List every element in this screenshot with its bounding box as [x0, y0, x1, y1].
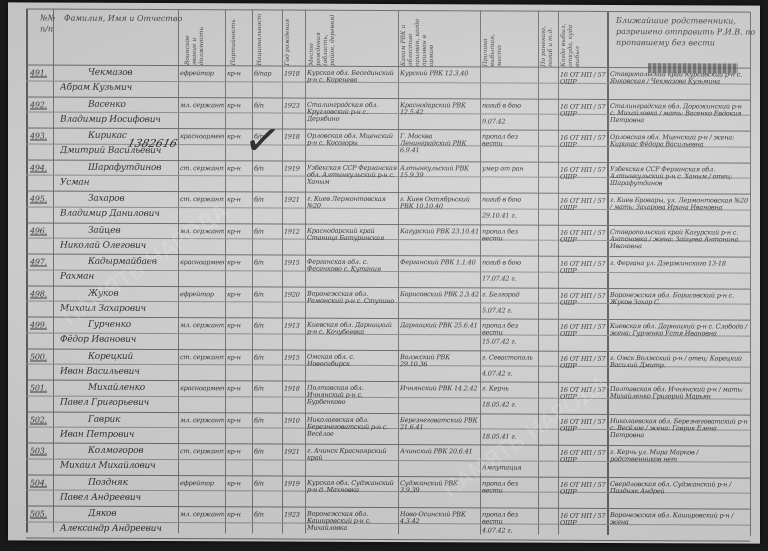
nationality: б/п — [254, 354, 281, 361]
birth-year: 1923 — [284, 512, 304, 519]
relatives: г. Фергана ул. Дзержинского 13-18 — [610, 260, 748, 290]
death-place: г. Керчь — [482, 385, 537, 413]
rank: ефрейтор — [180, 70, 224, 77]
surname: Гурченко — [88, 320, 176, 330]
column-divider — [26, 8, 28, 532]
birthplace: г. Ачинск Красноярский край — [307, 448, 397, 476]
surname: Дяков — [88, 509, 176, 519]
death-place: погиб в бою — [482, 196, 537, 224]
party: кр-н — [227, 259, 251, 266]
given-names: Иван Петрович — [60, 429, 176, 440]
column-divider — [538, 11, 539, 535]
relatives: Сталинградская обл. Дорожинский р-н с. М… — [610, 102, 748, 132]
birth-year: 1923 — [284, 102, 304, 109]
given-names: Павел Григорьевич — [60, 398, 176, 409]
header-nationality: Национальность — [256, 13, 280, 65]
rank: мл. сержант — [180, 322, 224, 329]
header-death-cause: По ранению, погиб и т.д. — [540, 15, 558, 67]
header-draft: Каким РВК и областью призван, когда приз… — [400, 14, 480, 66]
given-names: Владимир Иосифович — [60, 114, 176, 125]
fate: 16 ОТ НП / 57 ОШР — [560, 355, 606, 383]
birthplace: Киевская обл. Дарницкий р-н с. Кочубеевк… — [307, 322, 397, 350]
row-number: 505. — [30, 509, 52, 519]
relatives: Полтавская обл. Ичнянский р-н / мать: Ми… — [610, 386, 748, 416]
death-date: 5.07.42 г. — [482, 307, 537, 314]
draft-office: Дарницкий РВК 25.6.41 — [400, 322, 479, 350]
fate: 16 ОТ НП / 57 ОШР — [560, 198, 606, 226]
party: кр-н — [227, 70, 251, 77]
header-relatives: Ближайшие родственники, разрешено отправ… — [610, 15, 756, 68]
row-number: 504. — [30, 478, 52, 488]
death-place: пропал без вести — [482, 133, 537, 161]
nationality: б/п — [254, 196, 281, 203]
birth-year: 1910 — [284, 417, 304, 424]
row-number: 501. — [30, 383, 52, 393]
row-number: 499. — [30, 320, 52, 330]
fate: 16 ОТ НП / 57 ОШР — [560, 324, 606, 352]
nationality: б/п — [254, 228, 281, 235]
draft-office: Борисовский РВК 2.3.42 — [400, 291, 479, 319]
header-rank: Воинское звание и должность — [184, 13, 224, 65]
death-date: Ампутация — [482, 464, 537, 471]
column-divider — [750, 12, 751, 536]
death-date: 18.05.42 г. — [482, 401, 537, 408]
header-party: Партийность — [230, 13, 254, 65]
surname: Чекмазов — [88, 68, 176, 78]
given-names: Абрам Кузьмич — [60, 83, 176, 94]
draft-office: г. Киев Октябрьский РВК 10.10.40 — [400, 196, 479, 224]
death-place — [482, 417, 537, 445]
death-place: г. Белгород — [482, 291, 537, 319]
row-number: 502. — [30, 415, 52, 425]
given-names: Владимир Данилович — [60, 209, 176, 220]
fate: 16 ОТ НП / 57 ОШР — [560, 450, 606, 478]
birth-year: 1915 — [284, 354, 304, 361]
stamp-number: 1382616 — [126, 137, 178, 150]
row-number: 498. — [30, 289, 52, 299]
given-names: Усман — [60, 177, 176, 188]
rank: ефрейтор — [180, 480, 224, 487]
fate: 16 ОТ НП / 57 ОШР — [560, 418, 606, 446]
surname: Поздняк — [88, 477, 176, 487]
relatives: г. Керчь ул. Мира Марков / родственников… — [610, 449, 748, 479]
rank: красноармеец — [180, 259, 224, 266]
draft-office: Березнеговатский РВК 21.6.41 — [400, 417, 479, 445]
rank: ст. сержант — [180, 354, 224, 361]
death-place: г. Севастополь — [482, 354, 537, 382]
surname: Кадырмайбаев — [88, 257, 176, 267]
column-divider — [305, 10, 306, 534]
death-place: погиб в бою — [482, 259, 537, 287]
row-number: 503. — [30, 446, 52, 456]
death-date: 15.07.42 г. — [482, 338, 537, 345]
death-place: умер от ран — [482, 165, 537, 193]
draft-office: Ново-Осинский РВК 4.3.42 — [400, 511, 479, 539]
rank: мл. сержант — [180, 417, 224, 424]
nationality: б/п — [254, 102, 281, 109]
document-page: №№ п/п Фамилия, Имя и Отчество Воинское … — [8, 2, 760, 543]
relatives: г. Киев Бровары, ул. Лермонтовская №20 /… — [610, 197, 748, 227]
birth-year: 1913 — [284, 323, 304, 330]
relatives: Николаевская обл. Березнеговатский р-н с… — [610, 417, 748, 447]
death-date: 4.07.42 г. — [482, 527, 537, 534]
fate: 16 ОТ НП / 57 ОШР — [560, 135, 606, 163]
nationality: б/п — [254, 480, 281, 487]
nationality: б/п — [254, 511, 281, 518]
relatives: Ставропольский край Кагурский р-н с. Ант… — [610, 228, 748, 258]
birthplace: Сталинградская обл. Кругловский р-н с. Д… — [307, 101, 397, 129]
death-date: 18.05.41 г. — [482, 433, 537, 440]
birth-year: 1912 — [284, 228, 304, 235]
row-number: 492. — [30, 100, 52, 110]
fate: 16 ОТ НП / 57 ОШР — [560, 261, 606, 289]
fate: 16 ОТ НП / 57 ОШР — [560, 229, 606, 257]
birthplace: Краснодарский край Станица Батуринская — [307, 227, 397, 255]
party: кр-н — [227, 165, 251, 172]
rank: ст. сержант — [180, 448, 224, 455]
fate: 16 ОТ НП / 57 ОШР — [560, 513, 606, 541]
given-names: Михаил Захарович — [60, 303, 176, 314]
rank: ст. сержант, ком. взв. — [180, 196, 224, 203]
draft-office: Волжский РВК 29.10.36 — [400, 354, 479, 382]
draft-office: Г. Москва Ленинградский РВК 6.9.41 — [400, 133, 479, 161]
nationality: б/п — [254, 385, 281, 392]
rank: красноармеец — [180, 385, 224, 392]
birth-year: 1918 — [284, 386, 304, 393]
death-date: 4.07.42 г. — [482, 370, 537, 377]
death-place — [482, 70, 537, 98]
draft-office: Ачинский РВК 20.6.41 — [400, 448, 479, 476]
header-birthplace: Место рождения (область, район, деревня) — [308, 14, 398, 66]
column-divider — [178, 9, 179, 533]
birthplace: г. Киев Лермонтовская №20 — [307, 196, 397, 224]
party: кр-н — [227, 354, 251, 361]
birth-year: 1918 — [284, 134, 304, 141]
death-place: погиб в бою — [482, 102, 537, 130]
header-death-place: Причина выбытия, место — [482, 14, 538, 66]
row-number: 495. — [30, 194, 52, 204]
row-number: 493. — [30, 131, 52, 141]
birthplace: Полтавская обл. Ичнянский р-н с. Бурбенк… — [307, 385, 397, 413]
party: кр-н — [227, 228, 251, 235]
column-divider — [53, 9, 54, 533]
relatives: Киевская обл. Дарницкий р-н с. Слобода /… — [610, 323, 748, 353]
column-divider — [225, 9, 226, 533]
birthplace: Воронежская обл. Кашировский р-н с. Миха… — [307, 511, 397, 539]
death-place — [482, 448, 537, 476]
given-names: Павел Андреевич — [60, 492, 176, 503]
relatives: Орловская обл. Мценский р-н / жена: Кири… — [610, 134, 748, 164]
death-date: 17.07.42 г. — [482, 275, 537, 282]
relatives: г. Омск Волжский р-н / отец: Корецкий Ва… — [610, 354, 748, 384]
nationality: б/п — [254, 259, 281, 266]
party: кр-н — [227, 102, 251, 109]
party: кр-н — [227, 511, 251, 518]
column-divider — [398, 10, 399, 534]
surname: Колмогоров — [88, 446, 176, 456]
party: кр-н — [227, 480, 251, 487]
surname: Михайленко — [88, 383, 176, 393]
fate: 16 ОТ НП / 57 ОШР — [560, 387, 606, 415]
rank: мл. сержант — [180, 511, 224, 518]
row-number: 494. — [30, 163, 52, 173]
relatives: Свердловская обл. Суджанский р-н / Поздн… — [610, 480, 748, 510]
given-names: Фёдор Иванович — [60, 335, 176, 346]
given-names: Рахман — [60, 272, 176, 283]
row-number: 497. — [30, 257, 52, 267]
given-names: Николай Олегович — [60, 240, 176, 251]
party: кр-н — [227, 196, 251, 203]
surname: Жуков — [88, 288, 176, 298]
fate: 16 ОТ НП / 57 ОШР — [560, 166, 606, 194]
birthplace: Воронежская обл. Рамонский р-н с. Ступин… — [307, 290, 397, 318]
birth-year: 1919 — [284, 165, 304, 172]
rank: мл. сержант — [180, 228, 224, 235]
checkmark-icon: ✓ — [241, 113, 285, 169]
birth-year: 1920 — [284, 291, 304, 298]
nationality: б/п — [254, 291, 281, 298]
draft-office: Курский РВК 12.3.40 — [400, 70, 479, 98]
header-fate: Когда выбыл, откуда, куда выбыл — [560, 15, 606, 67]
birth-year: 1915 — [284, 260, 304, 267]
relatives: Воронежская обл. Борисовский р-н с. Жуко… — [610, 291, 748, 321]
party: кр-н — [227, 417, 251, 424]
header-stamp — [648, 63, 738, 73]
column-divider — [252, 9, 253, 533]
death-date: 9.07.42 — [482, 118, 537, 125]
column-divider — [282, 10, 283, 534]
surname: Зайцев — [88, 225, 176, 235]
header-name: Фамилия, Имя и Отчество — [58, 13, 184, 66]
birthplace: Узбекская ССР Ферганская обл. Алтынкульс… — [307, 164, 397, 192]
birth-year: 1921 — [284, 197, 304, 204]
rank: ст. сержант — [180, 165, 224, 172]
rank: ефрейтор — [180, 291, 224, 298]
fate: 16 ОТ НП / 57 ОШР — [560, 481, 606, 509]
draft-office: Ичнянский РВК 14.2.42 — [400, 385, 479, 413]
birth-year: 1919 — [284, 480, 304, 487]
rank: мл. сержант, ком. отд. — [180, 102, 224, 109]
row-number: 496. — [30, 226, 52, 236]
column-divider — [480, 10, 481, 534]
row-number: 491. — [30, 68, 52, 78]
nationality: б/пар — [254, 70, 281, 77]
draft-office: Алтынкульский РВК 15.9.39 — [400, 165, 479, 193]
relatives: Узбекская ССР Ферганская обл. Алтынкульс… — [610, 165, 748, 195]
birthplace: Ферганская обл. с. Фесенково с. Кутания — [307, 259, 397, 287]
death-date: 29.10.41 г. — [482, 212, 537, 219]
nationality: б/п — [254, 417, 281, 424]
party: кр-н — [227, 322, 251, 329]
birthplace: Курская обл. Суджанский р-н д. Махновка — [307, 479, 397, 507]
draft-office: Кагурский РВК 23.10.41 — [400, 228, 479, 256]
fate: 16 ОТ НП / 57 ОШР — [560, 103, 606, 131]
fate: 16 ОТ НП / 57 ОШР — [560, 72, 606, 100]
given-names: Иван Васильевич — [60, 366, 176, 377]
fate: 16 ОТ НП / 57 ОШР — [560, 292, 606, 320]
draft-office: Ферганский РВК 1.1.40 — [400, 259, 479, 287]
death-place: пропал без вести — [482, 480, 537, 508]
party: кр-н — [227, 385, 251, 392]
death-place: пропал без вести — [482, 322, 537, 350]
birthplace: Омская обл. с. Новосибирск — [307, 353, 397, 381]
surname: Шарафутдинов — [88, 162, 176, 172]
column-divider — [558, 11, 559, 535]
birth-year: 1921 — [284, 449, 304, 456]
surname: Гаврик — [88, 414, 176, 424]
surname: Захаров — [88, 194, 176, 204]
death-place: пропал без вести — [482, 511, 537, 539]
surname: Корецкий — [88, 351, 176, 361]
death-place: пропал без вести — [482, 228, 537, 256]
nationality: б/п — [254, 322, 281, 329]
birthplace: Курская обл. Бесединский р-н с. Коренево — [307, 70, 397, 98]
rank: красноармеец — [180, 133, 224, 140]
birthplace: Николаевская обл. Березнеговатский р-н с… — [307, 416, 397, 444]
surname: Васенко — [88, 99, 176, 109]
row-number: 500. — [30, 352, 52, 362]
relatives: Ставропольский край Курсавский р-н с. Ян… — [610, 71, 748, 101]
party: кр-н — [227, 291, 251, 298]
given-names: Михаил Михайлович — [60, 461, 176, 472]
header-birth-year: Год рождения — [284, 14, 304, 66]
given-names: Александр Андреевич — [60, 524, 176, 535]
birthplace: Орловская обл. Мценский р-н с. Косогоры — [307, 133, 397, 161]
column-divider — [607, 11, 609, 535]
party: кр-н — [227, 448, 251, 455]
draft-office: Краснодарский РВК 12.5.42 — [400, 102, 479, 130]
nationality: б/п — [254, 448, 281, 455]
relatives: Воронежская обл. Кашировский р-н / жена — [610, 512, 748, 542]
draft-office: Суджанский РВК 3.9.39 — [400, 480, 479, 508]
birth-year: 1918 — [284, 71, 304, 78]
